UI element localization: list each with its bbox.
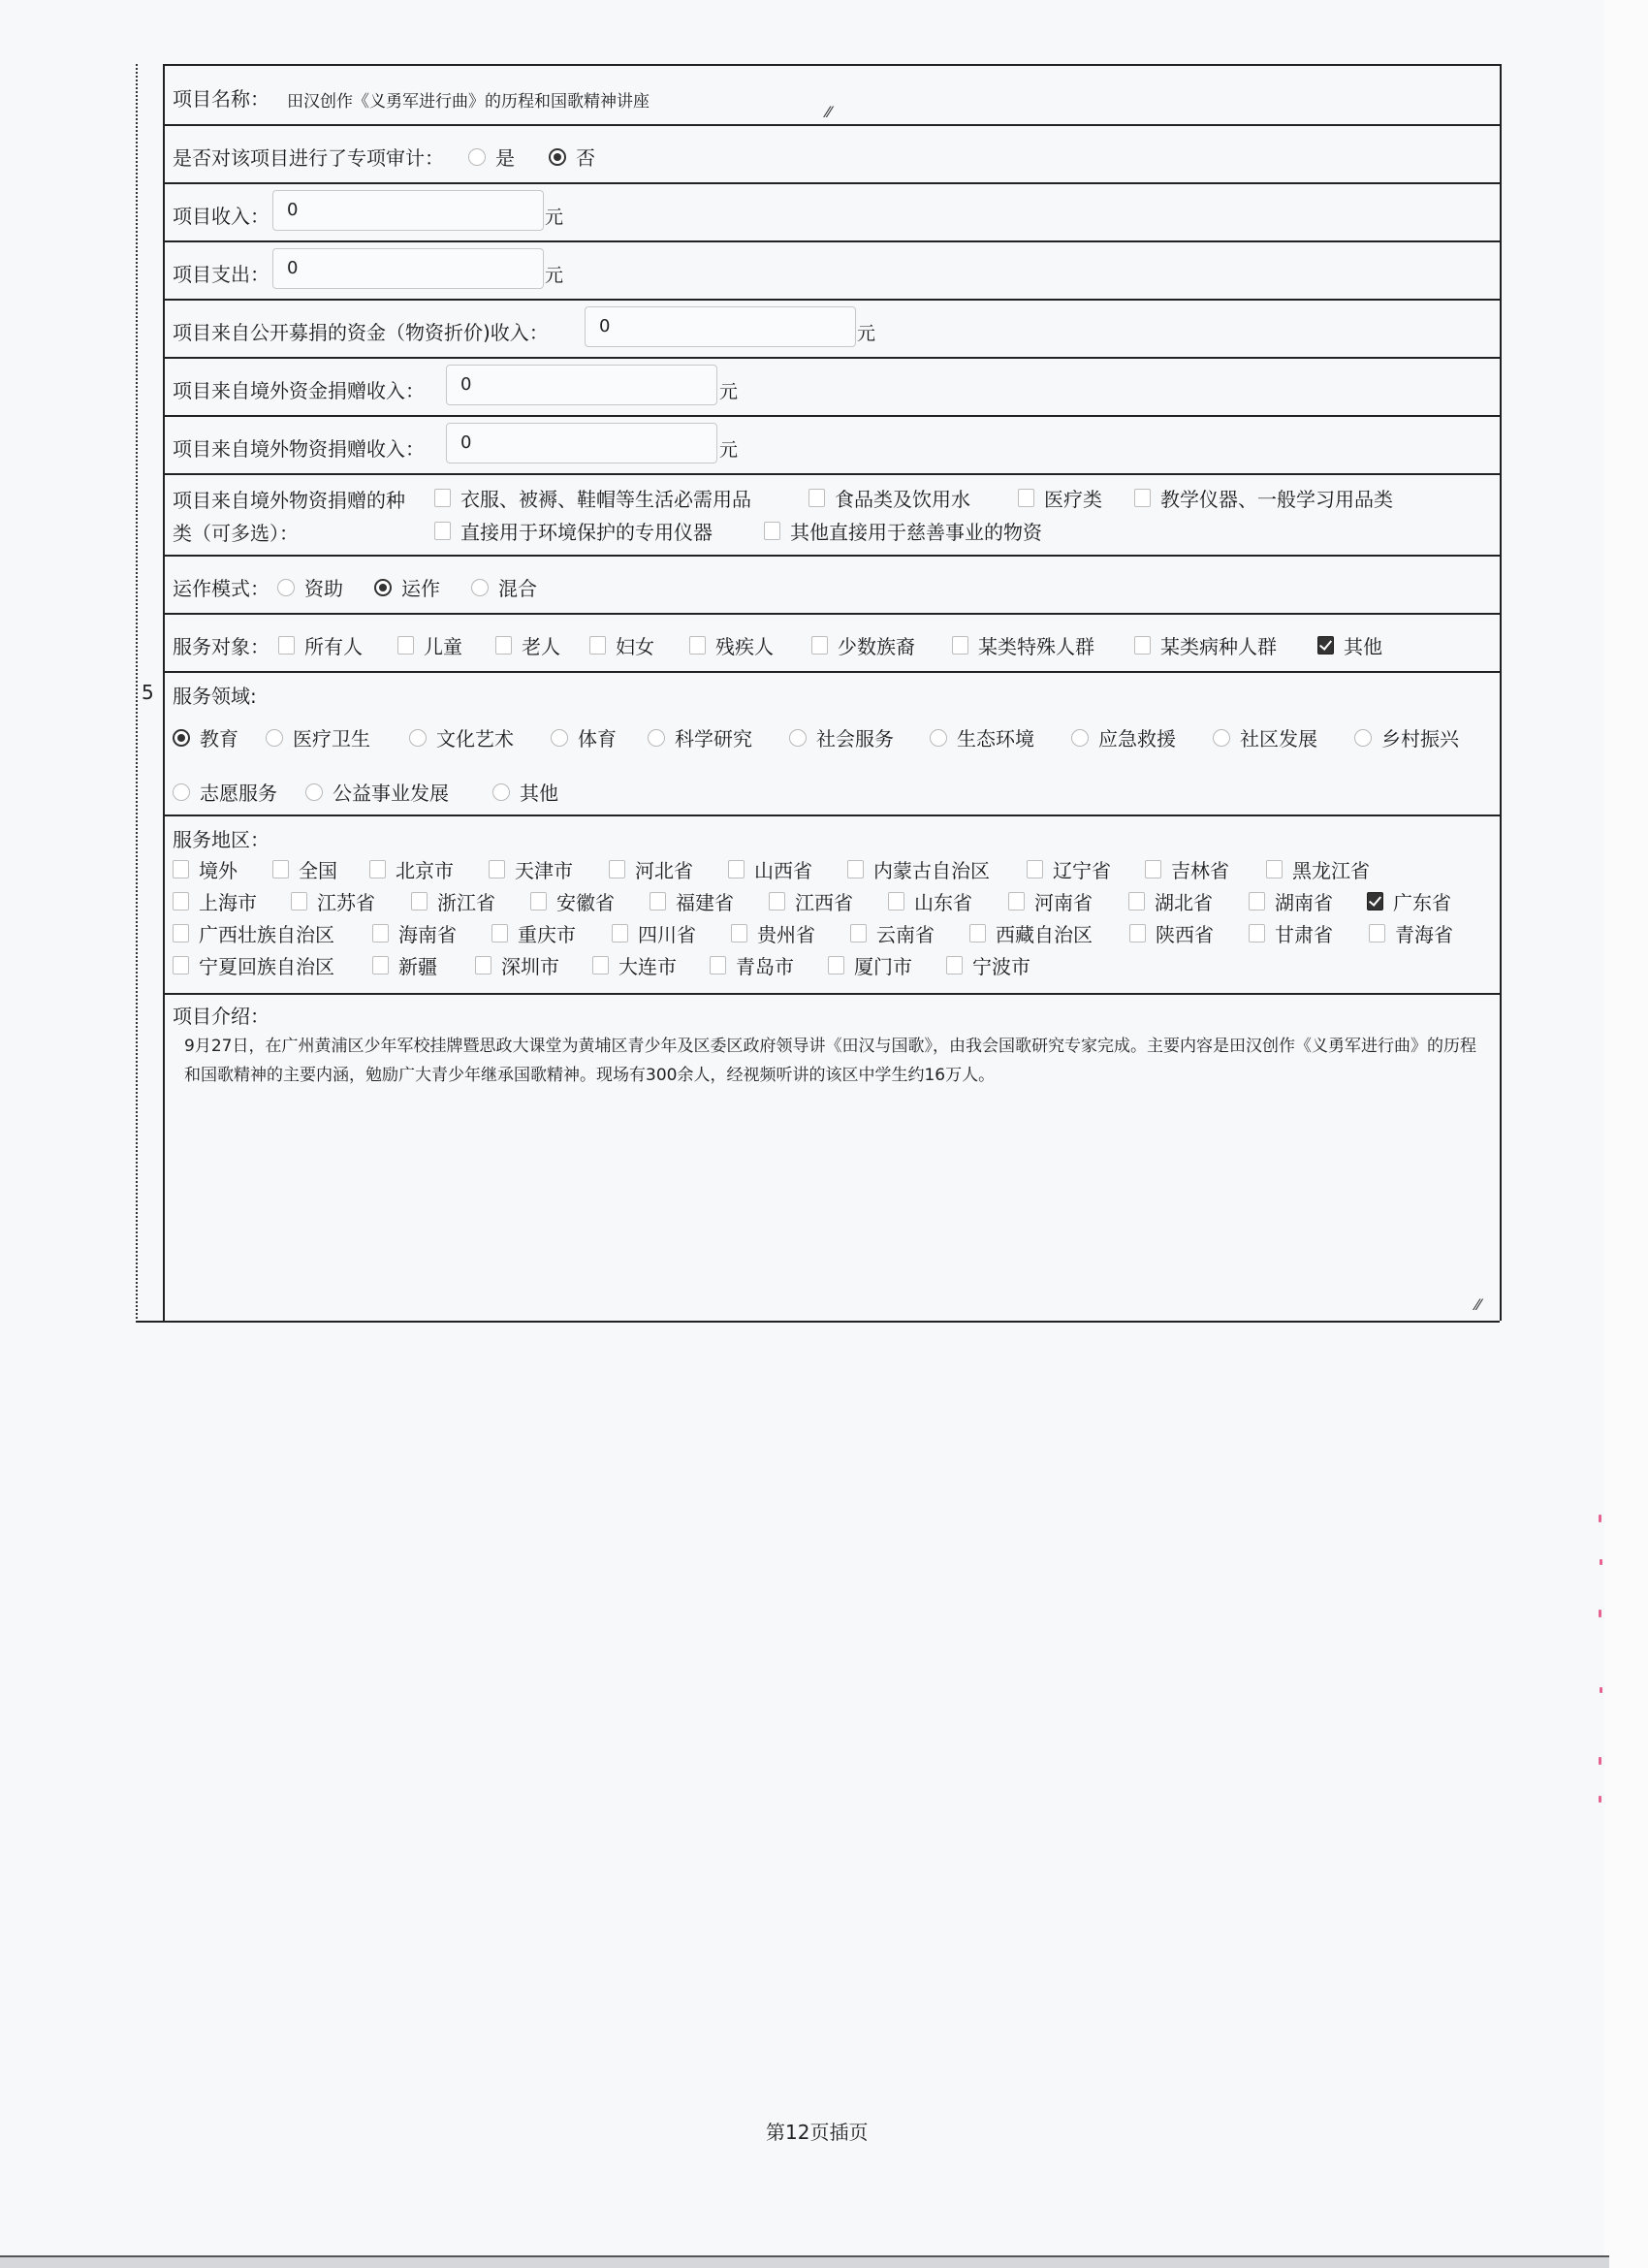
service-region-option-label: 厦门市: [854, 951, 912, 979]
checkbox-icon[interactable]: [808, 489, 825, 507]
radio-icon[interactable]: [409, 729, 427, 747]
service-field-option-label: 乡村振兴: [1381, 723, 1459, 751]
checkbox-icon[interactable]: [946, 956, 963, 974]
service-region-option[interactable]: 厦门市: [828, 951, 912, 979]
checkbox-icon[interactable]: [173, 956, 189, 974]
checkbox-icon[interactable]: [173, 892, 189, 910]
service-region-option[interactable]: 贵州省: [731, 919, 815, 947]
radio-selected-icon[interactable]: [549, 148, 566, 166]
service-region-option[interactable]: 海南省: [372, 919, 457, 947]
checkbox-icon[interactable]: [847, 860, 864, 878]
checkbox-icon[interactable]: [969, 924, 986, 942]
row-overseas-fund: 项目来自境外资金捐赠收入： 0 元: [165, 359, 1500, 417]
service-field-option-label: 社区发展: [1240, 723, 1317, 751]
radio-selected-icon[interactable]: [374, 579, 392, 596]
radio-icon[interactable]: [551, 729, 568, 747]
row-operation-mode: 运作模式： 资助运作混合: [165, 557, 1500, 615]
service-region-option[interactable]: 云南省: [850, 919, 935, 947]
service-region-option-label: 贵州省: [757, 919, 815, 947]
service-region-option-label: 陕西省: [1156, 919, 1214, 947]
service-field-option-label: 教育: [200, 723, 238, 751]
checkbox-icon[interactable]: [1128, 892, 1145, 910]
public-fundraising-input[interactable]: 0: [585, 306, 856, 347]
service-region-option-label: 江西省: [795, 887, 853, 915]
service-field-option-label: 公益事业发展: [333, 778, 449, 806]
project-name-label: 项目名称：: [173, 83, 269, 112]
service-target-option-label: 某类病种人群: [1160, 631, 1277, 659]
expense-unit: 元: [545, 261, 563, 287]
service-field-option-label: 医疗卫生: [293, 723, 370, 751]
page-footer: 第12页插页: [766, 2117, 868, 2145]
income-label: 项目收入：: [173, 201, 269, 229]
service-region-option[interactable]: 黑龙江省: [1266, 855, 1370, 883]
checkbox-icon[interactable]: [173, 924, 189, 942]
service-region-option[interactable]: 青海省: [1369, 919, 1453, 947]
radio-icon[interactable]: [648, 729, 665, 747]
radio-icon[interactable]: [173, 783, 190, 801]
service-region-option[interactable]: 上海市: [173, 887, 257, 915]
service-region-option-label: 深圳市: [501, 951, 559, 979]
service-target-option[interactable]: 妇女: [589, 631, 654, 659]
service-target-option-label: 少数族裔: [838, 631, 915, 659]
service-field-option-label: 社会服务: [816, 723, 894, 751]
intro-textarea[interactable]: 9月27日，在广州黄浦区少年军校挂牌暨思政大课堂为黄埔区青少年及区委区政府领导讲…: [184, 1032, 1483, 1090]
checkbox-icon[interactable]: [1145, 860, 1161, 878]
checkbox-icon[interactable]: [434, 489, 451, 507]
checkbox-icon[interactable]: [1249, 892, 1265, 910]
service-region-option[interactable]: 湖北省: [1128, 887, 1213, 915]
service-region-option-label: 广东省: [1393, 887, 1451, 915]
service-region-option-label: 甘肃省: [1275, 919, 1333, 947]
service-region-option-label: 宁波市: [972, 951, 1030, 979]
row-public-fundraising: 项目来自公开募捐的资金（物资折价)收入： 0 元: [165, 301, 1500, 359]
service-region-option[interactable]: 内蒙古自治区: [847, 855, 990, 883]
checkbox-icon[interactable]: [278, 636, 295, 655]
stamp-edge-mark: [1600, 1687, 1602, 1693]
row-project-name: 项目名称： 田汉创作《义勇军进行曲》的历程和国歌精神讲座 ⁄⁄: [165, 66, 1500, 126]
checkbox-icon[interactable]: [1134, 489, 1151, 507]
service-region-option[interactable]: 四川省: [612, 919, 696, 947]
checkbox-icon[interactable]: [1008, 892, 1025, 910]
overseas-fund-unit: 元: [719, 377, 738, 403]
service-region-option[interactable]: 北京市: [369, 855, 454, 883]
operation-mode-option-label: 资助: [304, 573, 343, 601]
row-service-targets: 服务对象： 所有人儿童老人妇女残疾人少数族裔某类特殊人群某类病种人群其他: [165, 615, 1500, 673]
service-region-option-label: 重庆市: [518, 919, 576, 947]
checkbox-icon[interactable]: [612, 924, 628, 942]
service-field-option[interactable]: 科学研究: [648, 723, 752, 751]
checkbox-icon[interactable]: [689, 636, 706, 655]
overseas-material-unit: 元: [719, 435, 738, 462]
service-field-option-label: 志愿服务: [200, 778, 277, 806]
service-region-option[interactable]: 新疆: [372, 951, 437, 979]
public-fundraising-label: 项目来自公开募捐的资金（物资折价)收入：: [173, 317, 549, 345]
expense-input[interactable]: 0: [272, 248, 544, 289]
operation-mode-option[interactable]: 资助: [277, 573, 343, 601]
service-field-option[interactable]: 教育: [173, 723, 238, 751]
service-region-option-label: 浙江省: [437, 887, 495, 915]
checkbox-icon[interactable]: [1018, 489, 1034, 507]
material-type-option-label: 衣服、被褥、鞋帽等生活必需用品: [460, 484, 751, 512]
checkbox-checked-icon[interactable]: [1367, 892, 1383, 910]
service-region-option-label: 山西省: [754, 855, 812, 883]
checkbox-icon[interactable]: [1369, 924, 1385, 942]
radio-icon[interactable]: [1071, 729, 1089, 747]
service-region-option-label: 内蒙古自治区: [873, 855, 990, 883]
row-audit: 是否对该项目进行了专项审计： 是否: [165, 126, 1500, 184]
service-target-option-label: 残疾人: [715, 631, 774, 659]
service-region-option[interactable]: 河北省: [609, 855, 693, 883]
income-input[interactable]: 0: [272, 190, 544, 231]
overseas-fund-input[interactable]: 0: [446, 365, 717, 405]
resize-handle-icon[interactable]: ⁄⁄: [826, 103, 831, 121]
service-region-option-label: 湖南省: [1275, 887, 1333, 915]
service-region-option[interactable]: 大连市: [592, 951, 677, 979]
audit-option-label: 是: [495, 143, 515, 171]
radio-icon[interactable]: [305, 783, 323, 801]
service-target-option[interactable]: 某类特殊人群: [952, 631, 1094, 659]
checkbox-icon[interactable]: [1249, 924, 1265, 942]
service-region-option-label: 新疆: [398, 951, 437, 979]
checkbox-icon[interactable]: [530, 892, 547, 910]
service-region-option[interactable]: 西藏自治区: [969, 919, 1093, 947]
service-regions-label: 服务地区：: [173, 824, 269, 852]
service-region-option-label: 海南省: [398, 919, 457, 947]
material-type-option[interactable]: 衣服、被褥、鞋帽等生活必需用品: [434, 484, 751, 512]
service-region-option[interactable]: 宁波市: [946, 951, 1030, 979]
form-table: 项目名称： 田汉创作《义勇军进行曲》的历程和国歌精神讲座 ⁄⁄ 是否对该项目进行…: [163, 64, 1502, 1321]
row-intro: 项目介绍： 9月27日，在广州黄浦区少年军校挂牌暨思政大课堂为黄埔区青少年及区委…: [165, 995, 1500, 1321]
checkbox-icon[interactable]: [475, 956, 491, 974]
checkbox-icon[interactable]: [411, 892, 428, 910]
service-region-option-label: 上海市: [199, 887, 257, 915]
public-fundraising-unit: 元: [857, 319, 875, 345]
service-field-option-label: 其他: [520, 778, 558, 806]
stamp-edge-mark: [1599, 1757, 1601, 1765]
service-region-option[interactable]: 江西省: [769, 887, 853, 915]
resize-handle-icon[interactable]: ⁄⁄: [1475, 1295, 1480, 1314]
service-field-option-label: 应急救援: [1098, 723, 1176, 751]
service-region-option[interactable]: 吉林省: [1145, 855, 1229, 883]
service-targets-label: 服务对象：: [173, 631, 269, 659]
row-income: 项目收入： 0 元: [165, 184, 1500, 242]
checkbox-icon[interactable]: [1266, 860, 1283, 878]
material-type-option-label: 食品类及饮用水: [835, 484, 970, 512]
service-target-option-label: 其他: [1344, 631, 1382, 659]
stamp-edge-mark: [1599, 1796, 1601, 1803]
row-expense: 项目支出： 0 元: [165, 242, 1500, 301]
radio-icon[interactable]: [492, 783, 510, 801]
checkbox-icon[interactable]: [589, 636, 606, 655]
service-field-option[interactable]: 生态环境: [930, 723, 1034, 751]
service-target-option[interactable]: 所有人: [278, 631, 363, 659]
service-region-option[interactable]: 甘肃省: [1249, 919, 1333, 947]
checkbox-checked-icon[interactable]: [1317, 636, 1334, 655]
service-target-option[interactable]: 其他: [1317, 631, 1382, 659]
checkbox-icon[interactable]: [495, 636, 512, 655]
checkbox-icon[interactable]: [1027, 860, 1043, 878]
service-region-option[interactable]: 山东省: [888, 887, 972, 915]
service-region-option-label: 大连市: [618, 951, 677, 979]
service-field-option[interactable]: 应急救援: [1071, 723, 1176, 751]
service-region-option-label: 辽宁省: [1053, 855, 1111, 883]
service-field-option-label: 科学研究: [675, 723, 752, 751]
radio-icon[interactable]: [277, 579, 295, 596]
service-region-option[interactable]: 陕西省: [1129, 919, 1214, 947]
checkbox-icon[interactable]: [291, 892, 307, 910]
service-region-option[interactable]: 天津市: [489, 855, 573, 883]
checkbox-icon[interactable]: [397, 636, 414, 655]
material-type-option-label: 其他直接用于慈善事业的物资: [790, 517, 1042, 545]
service-target-option-label: 妇女: [616, 631, 654, 659]
radio-icon[interactable]: [471, 579, 489, 596]
service-field-option[interactable]: 文化艺术: [409, 723, 514, 751]
service-fields-label: 服务领域:: [173, 681, 257, 709]
audit-option[interactable]: 是: [468, 143, 515, 171]
row-index-column: 5: [138, 64, 163, 1321]
service-region-option[interactable]: 境外: [173, 855, 238, 883]
service-region-option-label: 青岛市: [736, 951, 794, 979]
row-service-regions: 服务地区： 境外全国北京市天津市河北省山西省内蒙古自治区辽宁省吉林省黑龙江省上海…: [165, 816, 1500, 995]
service-region-option-label: 全国: [299, 855, 337, 883]
service-region-option-label: 江苏省: [317, 887, 375, 915]
scan-bottom-edge: [0, 2255, 1609, 2268]
service-field-option-label: 生态环境: [957, 723, 1034, 751]
service-region-option[interactable]: 辽宁省: [1027, 855, 1111, 883]
service-region-option[interactable]: 广西壮族自治区: [173, 919, 334, 947]
stamp-edge-mark: [1599, 1515, 1601, 1522]
checkbox-icon[interactable]: [769, 892, 785, 910]
service-field-option[interactable]: 志愿服务: [173, 778, 277, 806]
material-type-option[interactable]: 其他直接用于慈善事业的物资: [764, 517, 1042, 545]
checkbox-icon[interactable]: [1129, 924, 1146, 942]
checkbox-icon[interactable]: [650, 892, 666, 910]
checkbox-icon[interactable]: [710, 956, 726, 974]
service-target-option-label: 儿童: [424, 631, 462, 659]
service-region-option[interactable]: 浙江省: [411, 887, 495, 915]
service-region-option[interactable]: 广东省: [1367, 887, 1451, 915]
audit-label: 是否对该项目进行了专项审计：: [173, 143, 444, 171]
material-type-option[interactable]: 教学仪器、一般学习用品类: [1134, 484, 1393, 512]
income-unit: 元: [545, 203, 563, 229]
service-field-option[interactable]: 社会服务: [789, 723, 894, 751]
service-region-option[interactable]: 湖南省: [1249, 887, 1333, 915]
checkbox-icon[interactable]: [173, 860, 189, 878]
service-region-option-label: 北京市: [396, 855, 454, 883]
checkbox-icon[interactable]: [828, 956, 844, 974]
service-region-option[interactable]: 河南省: [1008, 887, 1093, 915]
checkbox-icon[interactable]: [434, 522, 451, 540]
service-field-option[interactable]: 其他: [492, 778, 558, 806]
checkbox-icon[interactable]: [850, 924, 867, 942]
stamp-edge-mark: [1599, 1610, 1601, 1617]
checkbox-icon[interactable]: [952, 636, 968, 655]
checkbox-icon[interactable]: [489, 860, 505, 878]
service-region-option-label: 云南省: [876, 919, 935, 947]
checkbox-icon[interactable]: [731, 924, 747, 942]
service-region-option-label: 天津市: [515, 855, 573, 883]
material-type-option[interactable]: 直接用于环境保护的专用仪器: [434, 517, 713, 545]
checkbox-icon[interactable]: [272, 860, 289, 878]
service-region-option-label: 境外: [199, 855, 238, 883]
checkbox-icon[interactable]: [592, 956, 609, 974]
operation-mode-option[interactable]: 运作: [374, 573, 440, 601]
radio-icon[interactable]: [1213, 729, 1230, 747]
overseas-material-input[interactable]: 0: [446, 423, 717, 463]
project-name-field[interactable]: 田汉创作《义勇军进行曲》的历程和国歌精神讲座: [287, 87, 650, 112]
material-type-option[interactable]: 医疗类: [1018, 484, 1102, 512]
service-field-option[interactable]: 社区发展: [1213, 723, 1317, 751]
row-service-fields: 服务领域: 教育医疗卫生文化艺术体育科学研究社会服务生态环境应急救援社区发展乡村…: [165, 673, 1500, 816]
service-field-option-label: 文化艺术: [436, 723, 514, 751]
service-region-option[interactable]: 深圳市: [475, 951, 559, 979]
radio-selected-icon[interactable]: [173, 729, 190, 747]
expense-label: 项目支出：: [173, 259, 269, 287]
material-type-option[interactable]: 食品类及饮用水: [808, 484, 970, 512]
material-type-option-label: 医疗类: [1044, 484, 1102, 512]
checkbox-icon[interactable]: [888, 892, 904, 910]
service-target-option-label: 所有人: [304, 631, 363, 659]
material-type-option-label: 教学仪器、一般学习用品类: [1160, 484, 1393, 512]
checkbox-icon[interactable]: [728, 860, 745, 878]
service-region-option[interactable]: 全国: [272, 855, 337, 883]
service-region-option[interactable]: 山西省: [728, 855, 812, 883]
service-region-option[interactable]: 安徽省: [530, 887, 615, 915]
checkbox-icon[interactable]: [369, 860, 386, 878]
service-region-option[interactable]: 江苏省: [291, 887, 375, 915]
checkbox-icon[interactable]: [609, 860, 625, 878]
service-field-option[interactable]: 体育: [551, 723, 617, 751]
service-field-option[interactable]: 公益事业发展: [305, 778, 449, 806]
overseas-fund-label: 项目来自境外资金捐赠收入：: [173, 375, 425, 403]
service-target-option-label: 老人: [522, 631, 560, 659]
checkbox-icon[interactable]: [764, 522, 780, 540]
service-region-option-label: 四川省: [638, 919, 696, 947]
stamp-edge-mark: [1600, 1559, 1602, 1565]
checkbox-icon[interactable]: [372, 924, 389, 942]
overseas-material-label: 项目来自境外物资捐赠收入：: [173, 433, 425, 462]
service-target-option-label: 某类特殊人群: [978, 631, 1094, 659]
checkbox-icon[interactable]: [1134, 636, 1151, 655]
service-region-option[interactable]: 福建省: [650, 887, 734, 915]
service-region-option[interactable]: 重庆市: [491, 919, 576, 947]
service-field-option[interactable]: 乡村振兴: [1354, 723, 1459, 751]
service-region-option-label: 宁夏回族自治区: [199, 951, 334, 979]
service-target-option[interactable]: 残疾人: [689, 631, 774, 659]
audit-option[interactable]: 否: [549, 143, 595, 171]
operation-mode-option[interactable]: 混合: [471, 573, 537, 601]
service-region-option-label: 河南省: [1034, 887, 1093, 915]
material-type-option-label: 直接用于环境保护的专用仪器: [460, 517, 713, 545]
radio-icon[interactable]: [789, 729, 807, 747]
service-region-option-label: 黑龙江省: [1292, 855, 1370, 883]
row-overseas-material: 项目来自境外物资捐赠收入： 0 元: [165, 417, 1500, 475]
service-field-option-label: 体育: [578, 723, 617, 751]
radio-icon[interactable]: [930, 729, 947, 747]
intro-label: 项目介绍：: [173, 1001, 269, 1029]
page-edge: [1604, 0, 1648, 2268]
radio-icon[interactable]: [1354, 729, 1372, 747]
project-form-table: 5 项目名称： 田汉创作《义勇军进行曲》的历程和国歌精神讲座 ⁄⁄ 是否对该项目…: [136, 64, 1500, 1323]
service-region-option[interactable]: 青岛市: [710, 951, 794, 979]
service-region-option-label: 青海省: [1395, 919, 1453, 947]
service-region-option[interactable]: 宁夏回族自治区: [173, 951, 334, 979]
service-region-option-label: 山东省: [914, 887, 972, 915]
row-index: 5: [142, 681, 154, 704]
row-material-types: 项目来自境外物资捐赠的种 类（可多选）： 衣服、被褥、鞋帽等生活必需用品食品类及…: [165, 475, 1500, 557]
service-region-option-label: 安徽省: [556, 887, 615, 915]
service-region-option-label: 河北省: [635, 855, 693, 883]
operation-mode-option-label: 运作: [401, 573, 440, 601]
service-target-option[interactable]: 某类病种人群: [1134, 631, 1277, 659]
radio-icon[interactable]: [266, 729, 283, 747]
service-region-option-label: 湖北省: [1155, 887, 1213, 915]
radio-icon[interactable]: [468, 148, 486, 166]
service-field-option[interactable]: 医疗卫生: [266, 723, 370, 751]
checkbox-icon[interactable]: [811, 636, 828, 655]
operation-mode-label: 运作模式：: [173, 573, 269, 601]
service-region-option-label: 广西壮族自治区: [199, 919, 334, 947]
operation-mode-option-label: 混合: [498, 573, 537, 601]
checkbox-icon[interactable]: [372, 956, 389, 974]
material-types-label-line2: 类（可多选）：: [173, 518, 299, 546]
checkbox-icon[interactable]: [491, 924, 508, 942]
service-region-option-label: 吉林省: [1171, 855, 1229, 883]
service-target-option[interactable]: 儿童: [397, 631, 462, 659]
audit-option-label: 否: [576, 143, 595, 171]
service-region-option-label: 西藏自治区: [996, 919, 1093, 947]
material-types-label-line1: 项目来自境外物资捐赠的种: [173, 485, 405, 513]
service-target-option[interactable]: 老人: [495, 631, 560, 659]
service-region-option-label: 福建省: [676, 887, 734, 915]
service-target-option[interactable]: 少数族裔: [811, 631, 915, 659]
